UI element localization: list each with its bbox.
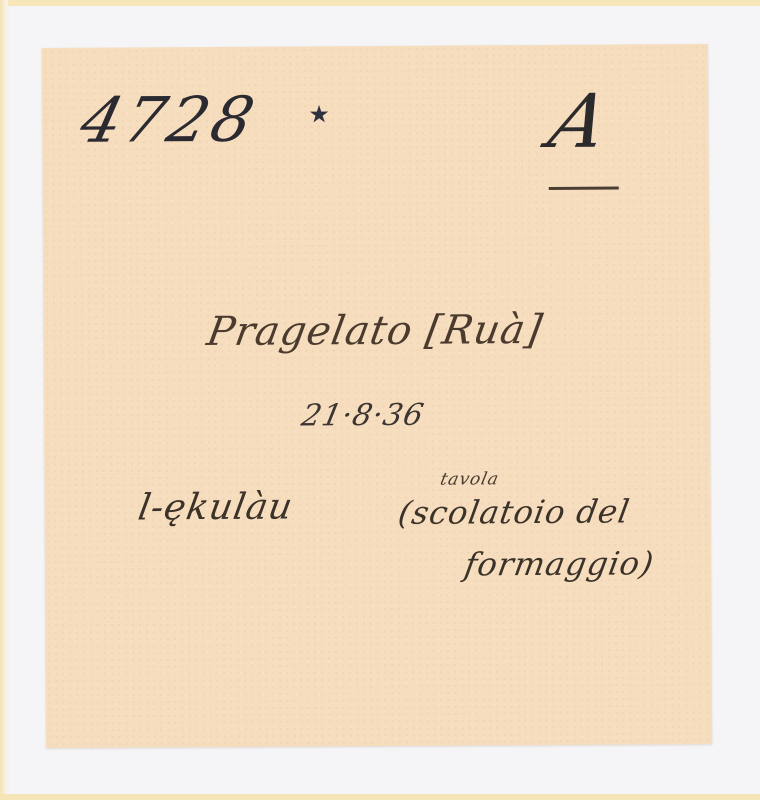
record-date: 21·8·36 [299,398,428,434]
series-letter-underline [549,187,619,190]
scan-edge-strip-left [0,0,8,800]
catalog-number: 4728 [73,83,265,157]
place-name: Pragelato [Ruà] [204,307,546,355]
gloss-line-2: formaggio) [462,544,657,583]
scan-edge-strip-bottom [0,794,760,800]
index-card: 4728 ★ A Pragelato [Ruà] 21·8·36 l-ękulà… [42,44,712,748]
dialect-word: l-ękulàu [135,486,296,528]
interlinear-annotation: tavola [438,469,501,489]
series-letter: A [540,79,619,165]
star-icon: ★ [308,100,330,128]
gloss-line-1: (scolatoio del [395,492,632,531]
